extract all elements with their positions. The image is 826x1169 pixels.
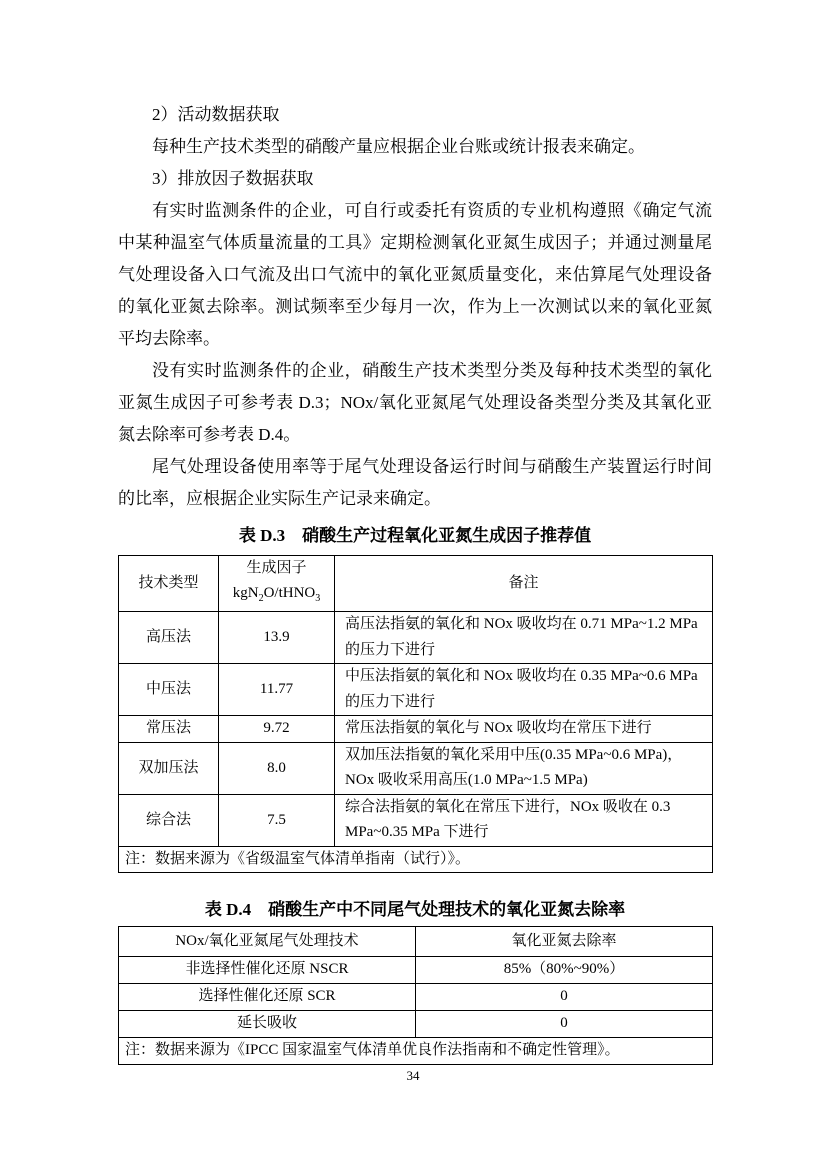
tech-cell: 高压法 — [119, 612, 219, 664]
factor-label: 生成因子 — [223, 556, 330, 581]
remark-cell: 中压法指氨的氧化和 NOx 吸收均在 0.35 MPa~0.6 MPa 的压力下… — [335, 664, 713, 716]
table-d4-header-row: NOx/氧化亚氮尾气处理技术 氧化亚氮去除率 — [119, 926, 713, 956]
table-row: 选择性催化还原 SCR 0 — [119, 983, 713, 1010]
tech-cell: 综合法 — [119, 794, 219, 846]
page-content: 2）活动数据获取 每种生产技术类型的硝酸产量应根据企业台账或统计报表来确定。 3… — [118, 99, 712, 1065]
rate-cell: 0 — [416, 1010, 713, 1037]
factor-unit: kgN2O/tHNO3 — [223, 581, 330, 611]
table-d3-title: 表 D.3 硝酸生产过程氧化亚氮生成因子推荐值 — [118, 524, 712, 547]
table-d3-header-tech: 技术类型 — [119, 556, 219, 612]
remark-cell: 综合法指氨的氧化在常压下进行，NOx 吸收在 0.3 MPa~0.35 MPa … — [335, 794, 713, 846]
table-d3-header-row: 技术类型 生成因子 kgN2O/tHNO3 备注 — [119, 556, 713, 612]
table-d3-note: 注：数据来源为《省级温室气体清单指南（试行）》。 — [119, 846, 713, 872]
document-page: 2）活动数据获取 每种生产技术类型的硝酸产量应根据企业台账或统计报表来确定。 3… — [0, 0, 826, 1169]
tech-cell: 中压法 — [119, 664, 219, 716]
table-d4-note: 注：数据来源为《IPCC 国家温室气体清单优良作法指南和不确定性管理》。 — [119, 1037, 713, 1064]
paragraph-usage-rate: 尾气处理设备使用率等于尾气处理设备运行时间与硝酸生产装置运行时间的比率，应根据企… — [118, 451, 712, 515]
remark-cell: 高压法指氨的氧化和 NOx 吸收均在 0.71 MPa~1.2 MPa 的压力下… — [335, 612, 713, 664]
rate-cell: 85%（80%~90%） — [416, 956, 713, 983]
table-d3-header-factor: 生成因子 kgN2O/tHNO3 — [219, 556, 335, 612]
paragraph-activity-data-heading: 2）活动数据获取 — [118, 99, 712, 131]
table-d4: NOx/氧化亚氮尾气处理技术 氧化亚氮去除率 非选择性催化还原 NSCR 85%… — [118, 926, 713, 1065]
paragraph-activity-data-text: 每种生产技术类型的硝酸产量应根据企业台账或统计报表来确定。 — [118, 131, 712, 163]
table-row: 中压法 11.77 中压法指氨的氧化和 NOx 吸收均在 0.35 MPa~0.… — [119, 664, 713, 716]
tech-cell: 双加压法 — [119, 742, 219, 794]
table-row: 非选择性催化还原 NSCR 85%（80%~90%） — [119, 956, 713, 983]
table-d3-header-remark: 备注 — [335, 556, 713, 612]
table-d4-header-rate: 氧化亚氮去除率 — [416, 926, 713, 956]
table-d4-note-row: 注：数据来源为《IPCC 国家温室气体清单优良作法指南和不确定性管理》。 — [119, 1037, 713, 1064]
factor-cell: 11.77 — [219, 664, 335, 716]
paragraph-realtime-monitoring: 有实时监测条件的企业，可自行或委托有资质的专业机构遵照《确定气流中某种温室气体质… — [118, 195, 712, 355]
table-row: 双加压法 8.0 双加压法指氨的氧化采用中压(0.35 MPa~0.6 MPa)… — [119, 742, 713, 794]
factor-cell: 7.5 — [219, 794, 335, 846]
factor-cell: 13.9 — [219, 612, 335, 664]
table-d3-note-row: 注：数据来源为《省级温室气体清单指南（试行）》。 — [119, 846, 713, 872]
remark-cell: 常压法指氨的氧化与 NOx 吸收均在常压下进行 — [335, 716, 713, 743]
table-row: 常压法 9.72 常压法指氨的氧化与 NOx 吸收均在常压下进行 — [119, 716, 713, 743]
table-row: 综合法 7.5 综合法指氨的氧化在常压下进行，NOx 吸收在 0.3 MPa~0… — [119, 794, 713, 846]
table-d3: 技术类型 生成因子 kgN2O/tHNO3 备注 高压法 13.9 高压法指氨的… — [118, 555, 713, 873]
treatment-cell: 非选择性催化还原 NSCR — [119, 956, 416, 983]
paragraph-no-monitoring: 没有实时监测条件的企业，硝酸生产技术类型分类及每种技术类型的氧化亚氮生成因子可参… — [118, 355, 712, 451]
factor-cell: 8.0 — [219, 742, 335, 794]
table-row: 延长吸收 0 — [119, 1010, 713, 1037]
factor-cell: 9.72 — [219, 716, 335, 743]
rate-cell: 0 — [416, 983, 713, 1010]
table-d4-title: 表 D.4 硝酸生产中不同尾气处理技术的氧化亚氮去除率 — [118, 898, 712, 921]
table-row: 高压法 13.9 高压法指氨的氧化和 NOx 吸收均在 0.71 MPa~1.2… — [119, 612, 713, 664]
treatment-cell: 选择性催化还原 SCR — [119, 983, 416, 1010]
page-number: 34 — [0, 1068, 826, 1084]
tech-cell: 常压法 — [119, 716, 219, 743]
table-d4-header-tech: NOx/氧化亚氮尾气处理技术 — [119, 926, 416, 956]
treatment-cell: 延长吸收 — [119, 1010, 416, 1037]
paragraph-emission-factor-heading: 3）排放因子数据获取 — [118, 163, 712, 195]
remark-cell: 双加压法指氨的氧化采用中压(0.35 MPa~0.6 MPa)，NOx 吸收采用… — [335, 742, 713, 794]
